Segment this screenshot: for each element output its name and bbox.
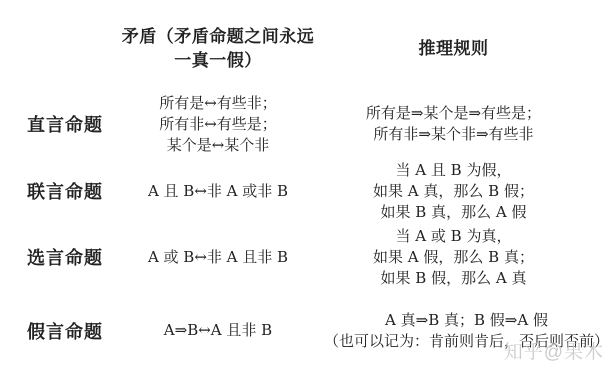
table-row: 直言命题 所有是↔有些非； 所有非↔有些是； 某个是↔某个非 所有是⇒某个是⇒有…	[0, 88, 609, 160]
col-header-contradiction-line1: 矛盾（矛盾命题之间永远	[112, 25, 324, 49]
cell-line: A 真⇒B 真；B 假⇒A 假	[324, 310, 609, 331]
row-label-hypothetical-proposition: 假言命题	[0, 318, 112, 344]
table-row: 联言命题 A 且 B↔非 A 或非 B 当 A 且 B 为假， 如果 A 真，那…	[0, 160, 609, 222]
cell-line: 所有非⇒某个非⇒有些非	[324, 124, 583, 145]
cell-line: 如果 B 真，那么 A 假	[324, 202, 583, 223]
table-row: 假言命题 A⇒B↔A 且非 B A 真⇒B 真；B 假⇒A 假 （也可以记为：肯…	[0, 300, 609, 371]
col-header-inference: 推理规则	[324, 37, 609, 61]
cell-line: 如果 B 假，那么 A 真	[324, 268, 583, 289]
col-header-contradiction: 矛盾（矛盾命题之间永远 一真一假）	[112, 25, 324, 73]
cell-line: 所有是⇒某个是⇒有些是；	[324, 103, 583, 124]
inference-cell: A 真⇒B 真；B 假⇒A 假 （也可以记为：肯前则肯后，否后则否前）	[324, 310, 609, 352]
cell-line: A 或 B↔非 A 且非 B	[112, 247, 324, 268]
cell-line: 如果 A 真，那么 B 假；	[324, 181, 583, 202]
row-label-disjunctive-proposition: 选言命题	[0, 244, 112, 270]
cell-line: 当 A 且 B 为假，	[324, 160, 583, 181]
cell-line: 如果 A 假，那么 B 真；	[324, 247, 583, 268]
cell-line: 当 A 或 B 为真，	[324, 226, 583, 247]
contradiction-cell: A⇒B↔A 且非 B	[112, 320, 324, 341]
cell-line: 所有非↔有些是；	[112, 114, 324, 135]
row-gap	[0, 292, 609, 300]
logic-propositions-table-page: 矛盾（矛盾命题之间永远 一真一假） 推理规则 直言命题 所有是↔有些非； 所有非…	[0, 0, 609, 371]
inference-cell: 当 A 或 B 为真， 如果 A 假，那么 B 真； 如果 B 假，那么 A 真	[324, 226, 609, 289]
contradiction-cell: A 且 B↔非 A 或非 B	[112, 181, 324, 202]
cell-line: 所有是↔有些非；	[112, 93, 324, 114]
cell-line: A⇒B↔A 且非 B	[112, 320, 324, 341]
row-label-conjunctive-proposition: 联言命题	[0, 178, 112, 204]
row-label-categorical-proposition: 直言命题	[0, 111, 112, 137]
cell-line: （也可以记为：肯前则肯后，否后则否前）	[324, 331, 609, 352]
col-header-contradiction-line2: 一真一假）	[112, 49, 324, 73]
inference-cell: 所有是⇒某个是⇒有些是； 所有非⇒某个非⇒有些非	[324, 103, 609, 145]
cell-line: 某个是↔某个非	[112, 135, 324, 156]
contradiction-cell: A 或 B↔非 A 且非 B	[112, 247, 324, 268]
inference-cell: 当 A 且 B 为假， 如果 A 真，那么 B 假； 如果 B 真，那么 A 假	[324, 160, 609, 223]
contradiction-cell: 所有是↔有些非； 所有非↔有些是； 某个是↔某个非	[112, 93, 324, 156]
table-row: 选言命题 A 或 B↔非 A 且非 B 当 A 或 B 为真， 如果 A 假，那…	[0, 222, 609, 292]
col-header-inference-label: 推理规则	[419, 39, 489, 58]
table-header-row: 矛盾（矛盾命题之间永远 一真一假） 推理规则	[0, 0, 609, 88]
cell-line: A 且 B↔非 A 或非 B	[112, 181, 324, 202]
